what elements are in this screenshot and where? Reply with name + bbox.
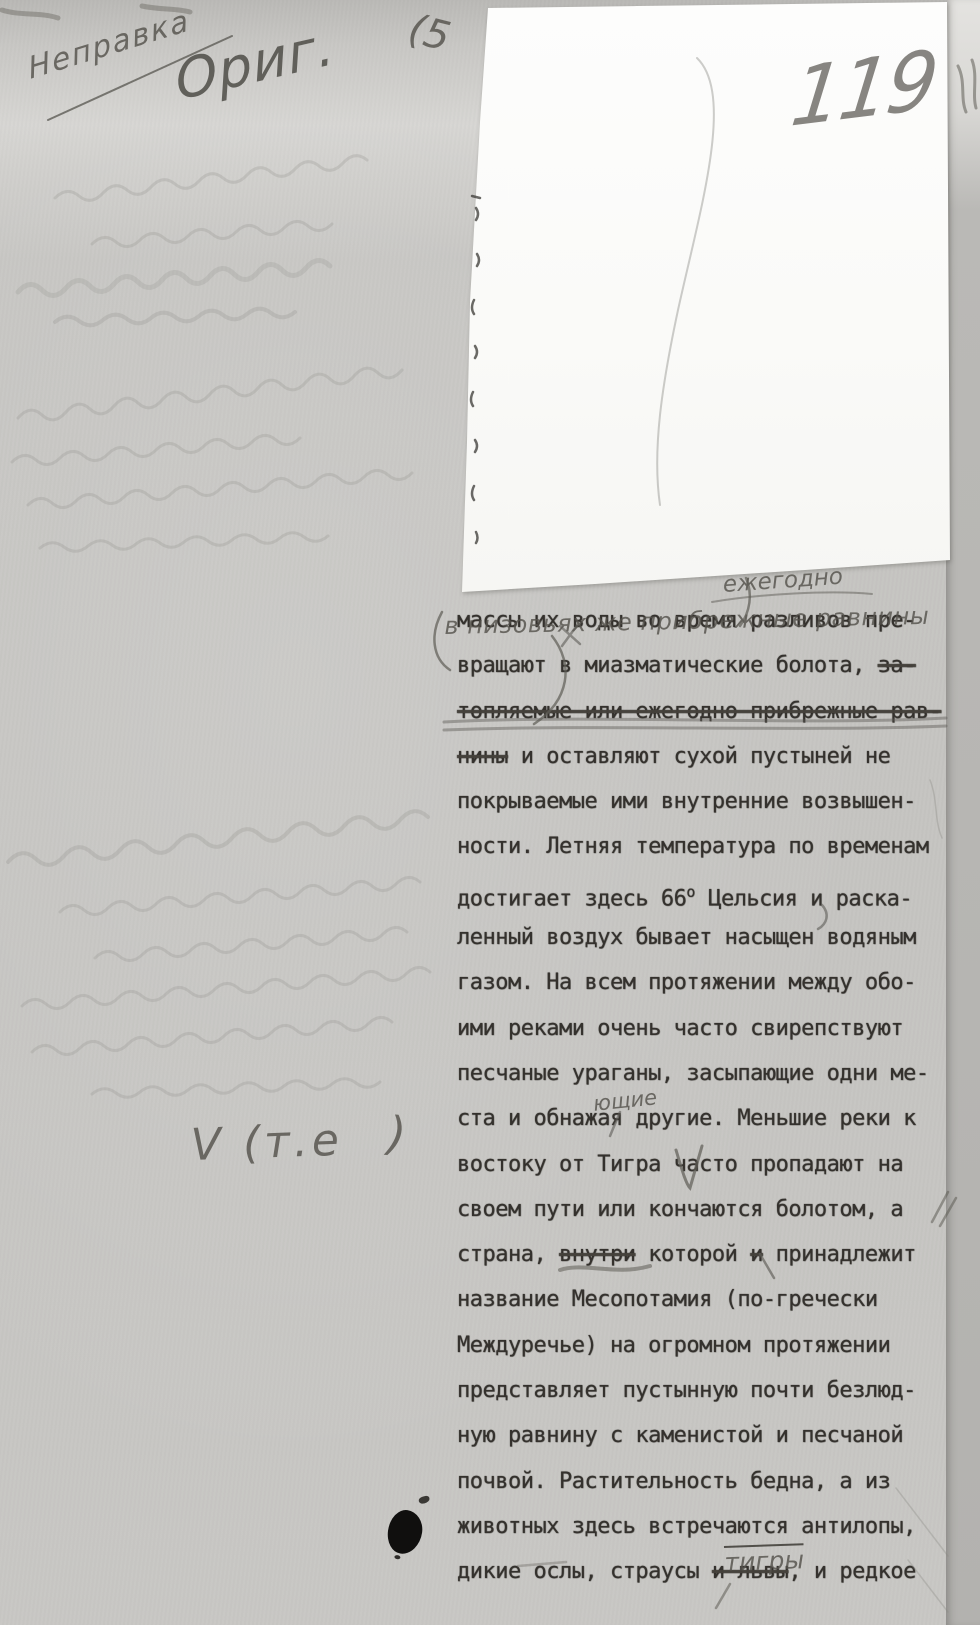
typed-line: название Месопотамия (по-гречески — [457, 1277, 957, 1322]
typed-segment: ную равнину с каменистой и песчаной — [457, 1423, 903, 1448]
typed-segment: принадлежит — [763, 1242, 916, 1267]
typed-segment: ста и обнажая другие. Меньшие реки к — [457, 1106, 916, 1131]
typed-line: страна, внутри которой и принадлежит — [457, 1232, 957, 1277]
typed-segment: страна, — [457, 1242, 559, 1267]
typed-segment: и оставляют сухой пустыней не — [508, 744, 890, 769]
pencil-insert-tigry: тигры — [724, 1545, 805, 1577]
pencil-note-top-left: Неправка — [26, 3, 192, 87]
ink-blot — [385, 1508, 425, 1556]
typed-segment: нины — [457, 744, 508, 769]
typed-segment: своем пути или кончаются болотом, а — [457, 1197, 903, 1222]
typed-line: животных здесь встречаются антилопы, — [457, 1504, 957, 1549]
typed-line: достигает здесь 66о Цельсия и раска- — [457, 870, 957, 915]
typed-segment: которой — [635, 1242, 750, 1267]
typed-segment: и — [750, 1242, 763, 1267]
typed-line: газом. На всем протяжении между обо- — [457, 960, 957, 1005]
typed-segment: востоку от Тигра часто пропадают на — [457, 1152, 903, 1177]
typed-line: Междуречье) на огромном протяжении — [457, 1323, 957, 1368]
typed-line: ста и обнажая другие. Меньшие реки к — [457, 1096, 957, 1141]
typed-segment: Цельсия и раска- — [695, 886, 912, 911]
typed-segment: название Месопотамия (по-гречески — [457, 1287, 878, 1312]
typed-segment: топляемые или ежегодно прибрежные рав- — [457, 699, 941, 724]
typed-line: представляет пустынную почти безлюд- — [457, 1368, 957, 1413]
typed-line: востоку от Тигра часто пропадают на — [457, 1142, 957, 1187]
typed-line: ими реками очень часто свирепствуют — [457, 1006, 957, 1051]
pencil-margin-note-close: ) — [386, 1106, 408, 1161]
typed-segment: , и редкое — [788, 1559, 915, 1584]
typed-line: топляемые или ежегодно прибрежные рав- — [457, 689, 957, 734]
typed-line: дикие ослы, страусы и львы, и редкое — [457, 1549, 957, 1594]
typed-text: массы их воды во время разливов пре-вращ… — [457, 598, 957, 1595]
typed-segment: покрываемые ими внутренние возвышен- — [457, 789, 916, 814]
page-number: 119 — [786, 32, 940, 145]
pencil-corner-mark: (5 — [404, 6, 455, 61]
typed-segment: газом. На всем протяжении между обо- — [457, 970, 916, 995]
typed-segment: представляет пустынную почти безлюд- — [457, 1378, 916, 1403]
typed-segment: почвой. Растительность бедна, а из — [457, 1469, 890, 1494]
typed-segment: ленный воздух бывает насыщен водяным — [457, 925, 916, 950]
typed-segment: песчаные ураганы, засыпающие одни ме- — [457, 1061, 929, 1086]
typed-segment: достигает здесь 66 — [457, 886, 686, 911]
typed-line: своем пути или кончаются болотом, а — [457, 1187, 957, 1232]
pencil-note-orig: Ориг. — [172, 13, 338, 112]
typed-line: песчаные ураганы, засыпающие одни ме- — [457, 1051, 957, 1096]
typed-line: нины и оставляют сухой пустыней не — [457, 734, 957, 779]
typed-line: вращают в миазматические болота, за- — [457, 643, 957, 688]
scanned-manuscript-page: массы их воды во время разливов пре-вращ… — [0, 0, 980, 1625]
typed-segment: животных здесь встречаются антилопы, — [457, 1514, 916, 1539]
typed-segment: Междуречье) на огромном протяжении — [457, 1333, 890, 1358]
typed-line: ленный воздух бывает насыщен водяным — [457, 915, 957, 960]
typed-segment: внутри — [559, 1242, 635, 1267]
typed-segment: вращают в миазматические болота, — [457, 653, 878, 678]
typed-segment: ности. Летняя температура по временам — [457, 834, 929, 859]
typed-line: покрываемые ими внутренние возвышен- — [457, 779, 957, 824]
pencil-margin-note: V (т.е — [190, 1115, 344, 1171]
typed-segment: за- — [878, 653, 916, 678]
typed-line: ную равнину с каменистой и песчаной — [457, 1413, 957, 1458]
typed-segment: дикие ослы, страусы — [457, 1559, 712, 1584]
typed-line: почвой. Растительность бедна, а из — [457, 1459, 957, 1504]
typed-segment: ими реками очень часто свирепствуют — [457, 1016, 903, 1041]
typed-line: ности. Летняя температура по временам — [457, 824, 957, 869]
